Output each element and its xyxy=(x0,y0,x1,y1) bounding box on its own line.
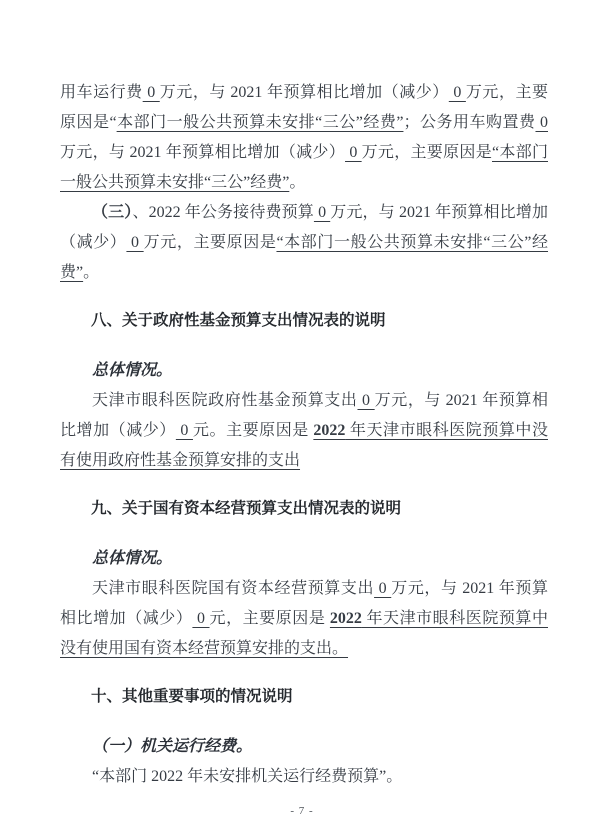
text-segment: 用车运行费 xyxy=(60,84,143,101)
paragraph-agency-budget-note: “本部门 2022 年未安排机关运行经费预算”。 xyxy=(60,762,548,792)
underlined-text: 0 xyxy=(345,144,362,161)
text-segment: 天津市眼科医院国有资本经营预算支出 xyxy=(92,580,374,597)
underlined-text: 0 xyxy=(192,610,209,627)
underlined-text: 0 xyxy=(126,234,143,251)
document-content: 用车运行费 0 万元，与 2021 年预算相比增加（减少） 0 万元，主要原因是… xyxy=(0,0,604,792)
text-segment: 天津市眼科医院政府性基金预算支出 xyxy=(92,392,357,409)
text-segment: 。 xyxy=(289,174,305,191)
text-segment: “本部门 2022 年未安排机关运行经费预算”。 xyxy=(92,768,402,785)
subheading-agency-operating-funds: （一）机关运行经费。 xyxy=(60,732,548,762)
paragraph-reception-fees: （三）、2022 年公务接待费预算 0 万元，与 2021 年预算相比增加（减少… xyxy=(60,198,548,288)
paragraph-vehicle-fees: 用车运行费 0 万元，与 2021 年预算相比增加（减少） 0 万元，主要原因是… xyxy=(60,78,548,198)
paragraph-state-capital-budget: 天津市眼科医院国有资本经营预算支出 0 万元，与 2021 年预算相比增加（减少… xyxy=(60,574,548,664)
text-segment: 万元，与 2021 年预算相比增加（减少） xyxy=(60,144,345,161)
subheading-overall-situation-8: 总体情况。 xyxy=(60,356,548,386)
underlined-text: 0 xyxy=(374,580,391,597)
text-segment: 八、关于政府性基金预算支出情况表的说明 xyxy=(91,312,386,329)
underlined-text: 2022 xyxy=(313,422,345,439)
underlined-text: 0 xyxy=(314,204,330,221)
text-segment: 十、其他重要事项的情况说明 xyxy=(91,688,293,705)
underlined-text: 2022 xyxy=(330,610,362,627)
text-segment: 九、关于国有资本经营预算支出情况表的说明 xyxy=(91,500,401,517)
underlined-text: 0 xyxy=(449,84,466,101)
underlined-text: 0 xyxy=(357,392,374,409)
text-segment: 元。主要原因是 xyxy=(193,422,313,439)
heading-section-9: 九、关于国有资本经营预算支出情况表的说明 xyxy=(60,494,548,524)
text-segment: 万元，与 2021 年预算相比增加（减少） xyxy=(160,84,449,101)
text-segment: （三） xyxy=(92,204,132,221)
subheading-overall-situation-9: 总体情况。 xyxy=(60,544,548,574)
document-page: 用车运行费 0 万元，与 2021 年预算相比增加（减少） 0 万元，主要原因是… xyxy=(0,0,604,839)
text-segment: 总体情况。 xyxy=(92,362,172,379)
text-segment: 元，主要原因是 xyxy=(210,610,330,627)
page-number: - 7 - xyxy=(0,805,604,817)
text-segment: 万元，主要原因是 xyxy=(362,144,492,161)
text-segment: ；公务用车购置费 xyxy=(403,114,535,131)
text-segment: 、2022 年公务接待费预算 xyxy=(132,204,313,221)
text-segment: 。 xyxy=(83,264,99,281)
underlined-text: 0 xyxy=(176,422,193,439)
paragraph-gov-fund-budget: 天津市眼科医院政府性基金预算支出 0 万元，与 2021 年预算相比增加（减少）… xyxy=(60,386,548,476)
text-segment: 总体情况。 xyxy=(92,550,172,567)
heading-section-10: 十、其他重要事项的情况说明 xyxy=(60,682,548,712)
underlined-text: 0 xyxy=(535,114,548,131)
heading-section-8: 八、关于政府性基金预算支出情况表的说明 xyxy=(60,306,548,336)
underlined-text: 本部门一般公共预算未安排“三公”经费” xyxy=(117,114,404,131)
underlined-text: 0 xyxy=(143,84,160,101)
text-segment: 万元，主要原因是 xyxy=(144,234,277,251)
text-segment: （一）机关运行经费。 xyxy=(92,738,252,755)
